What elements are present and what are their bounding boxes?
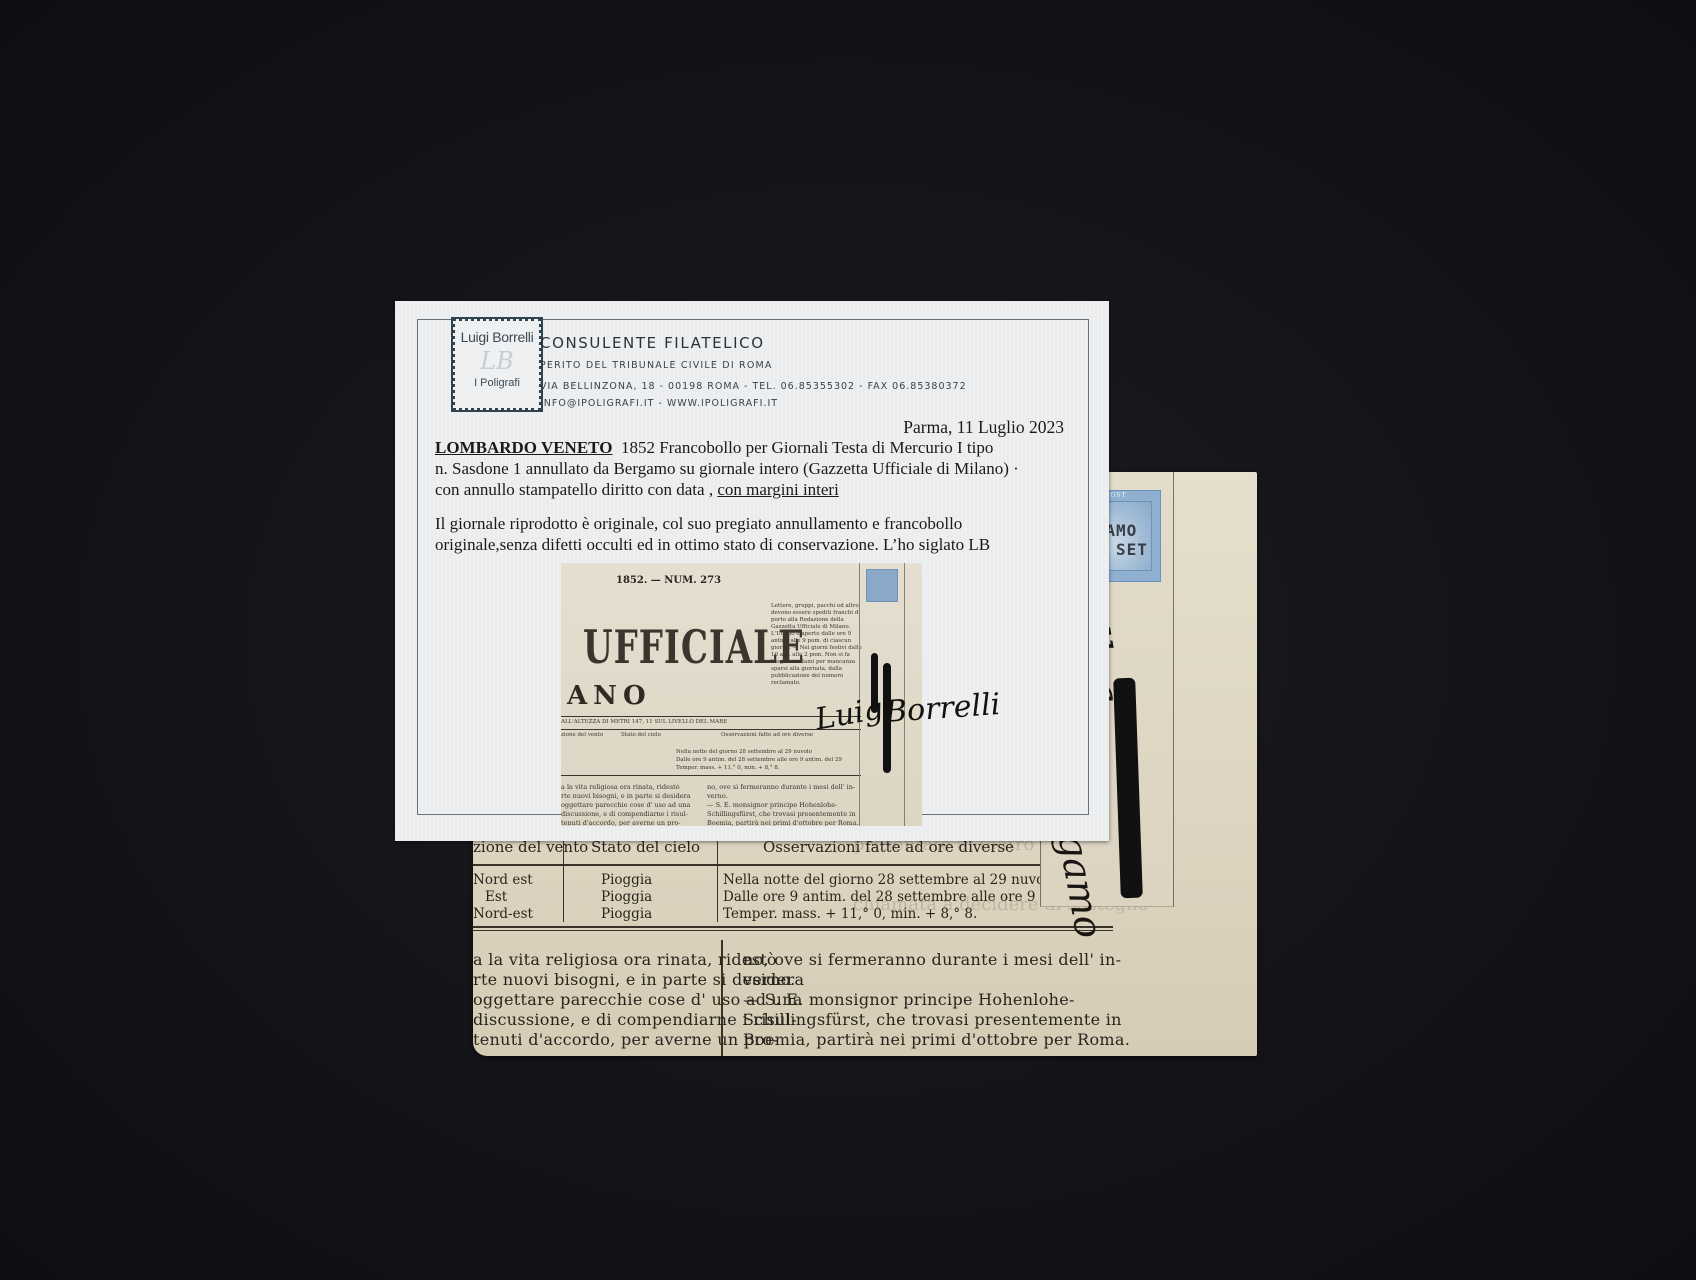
photo-rule <box>561 729 861 730</box>
certificate-description: LOMBARDO VENETO 1852 Francobollo per Gio… <box>435 437 1085 555</box>
photo-article-line: no, ove si fermeranno durante i mesi del… <box>707 783 859 792</box>
country-heading: LOMBARDO VENETO <box>435 438 612 457</box>
wind-cell: Nord-est <box>473 906 533 922</box>
photo-article-left: a la vita religiosa ora rinata, ridestòr… <box>561 783 691 826</box>
photo-article-line: Schillingsfürst, che trovasi presentemen… <box>707 810 859 819</box>
article-line: Boemia, partirà nei primi d'ottobre per … <box>743 1030 1115 1050</box>
description-line-2: n. Sasdone 1 annullato da Bergamo su gio… <box>435 458 1085 479</box>
photo-table-header: zione del vento <box>561 732 603 738</box>
description-line-3: con annullo stampatello diritto con data… <box>435 479 1085 500</box>
photo-article-line: tenuti d'accordo, per averne un pro- <box>561 819 691 826</box>
table-rule <box>473 926 1113 928</box>
description-line-1: LOMBARDO VENETO 1852 Francobollo per Gio… <box>435 437 1085 458</box>
header-contacts: INFO@IPOLIGRAFI.IT - WWW.IPOLIGRAFI.IT <box>540 398 778 409</box>
observation-cell: Temper. mass. + 11,° 0, min. + 8,° 8. <box>723 906 977 922</box>
photo-article-line: verno. <box>707 792 859 801</box>
article-left-column: a la vita religiosa ora rinata, ridestòr… <box>473 950 723 1050</box>
wind-cell: Est <box>485 889 507 905</box>
table-rule <box>473 930 1113 931</box>
table-divider <box>717 834 718 922</box>
article-line: discussione, e di compendiarne i risul- <box>473 1010 713 1030</box>
photo-stamp <box>866 569 898 602</box>
article-line: Schillingsfürst, che trovasi presentemen… <box>743 1010 1115 1030</box>
photo-article-right: no, ove si fermeranno durante i mesi del… <box>707 783 859 826</box>
photo-table-cell: Dalle ore 9 antim. del 28 settembre alle… <box>676 757 842 763</box>
header-subtitle: PERITO DEL TRIBUNALE CIVILE DI ROMA <box>540 360 773 371</box>
photo-article-line: a la vita religiosa ora rinata, ridestò <box>561 783 691 792</box>
photo-article-line: — S. E. monsignor principe Hohenlohe- <box>707 801 859 810</box>
logo-name: Luigi Borrelli <box>455 329 539 345</box>
article-line: oggettare parecchie cose d' uso ad una <box>473 990 713 1010</box>
photo-article-line: Boemia, partirà nei primi d'ottobre per … <box>707 819 859 826</box>
photo-table-cell: Temper. mass. + 11,° 0, min. + 8,° 8. <box>676 765 780 771</box>
sky-cell: Pioggia <box>601 872 652 888</box>
article-line: a la vita religiosa ora rinata, ridestò <box>473 950 713 970</box>
statement-line-2: originale,senza difetti occulti ed in ot… <box>435 534 1085 555</box>
logo-monogram: LB <box>455 347 539 375</box>
sky-cell: Pioggia <box>601 889 652 905</box>
article-line: no, ove si fermeranno durante i mesi del… <box>743 950 1115 970</box>
certificate-date: Parma, 11 Luglio 2023 <box>903 417 1064 438</box>
photo-issue-number: 1852. — NUM. 273 <box>616 575 721 586</box>
header-address: VIA BELLINZONA, 18 - 00198 ROMA - TEL. 0… <box>540 381 967 392</box>
certificate-card: Luigi Borrelli LB I Poligrafi CONSULENTE… <box>395 301 1109 841</box>
photo-altitude-line: ALL'ALTEZZA DI METRI 147, 11 SUL LIVELLO… <box>561 719 727 725</box>
statement-line-1: Il giornale riprodotto è originale, col … <box>435 513 1085 534</box>
sky-cell: Pioggia <box>601 906 652 922</box>
table-rule <box>473 864 1113 866</box>
photo-article-line: discussione, e di compendiarne i risul- <box>561 810 691 819</box>
margins-note: con margini interi <box>717 480 839 499</box>
photo-table-cell: Nella notte del giorno 28 settembre al 2… <box>676 749 812 755</box>
photo-table-header: Osservazioni fatte ad ore diverse <box>721 732 813 738</box>
article-line: verno. <box>743 970 1115 990</box>
photo-rule <box>561 775 861 776</box>
description-text: 1852 Francobollo per Giornali Testa di M… <box>621 438 993 457</box>
photo-notice: Lettere, gruppi, pacchi ed altro devono … <box>771 603 863 687</box>
article-right-column: no, ove si fermeranno durante i mesi del… <box>743 950 1115 1050</box>
article-line: — S. E. monsignor principe Hohenlohe- <box>743 990 1115 1010</box>
wind-cell: Nord est <box>473 872 533 888</box>
photo-table-header: Stato del cielo <box>621 732 661 738</box>
table-divider <box>563 834 564 922</box>
photo-article-line: rte nuovi bisogni, e in parte si desider… <box>561 792 691 801</box>
description-text: con annullo stampatello diritto con data… <box>435 480 713 499</box>
photo-masthead-sub: ANO <box>567 681 652 711</box>
borrelli-logo: Luigi Borrelli LB I Poligrafi <box>452 318 542 411</box>
article-line: rte nuovi bisogni, e in parte si desider… <box>473 970 713 990</box>
header-title: CONSULENTE FILATELICO <box>540 334 765 352</box>
observation-cell: Nella notte del giorno 28 settembre al 2… <box>723 872 1057 888</box>
logo-subtitle: I Poligrafi <box>455 377 539 389</box>
article-line: tenuti d'accordo, per averne un pro- <box>473 1030 713 1050</box>
photo-article-line: oggettare parecchie cose d' uso ad una <box>561 801 691 810</box>
